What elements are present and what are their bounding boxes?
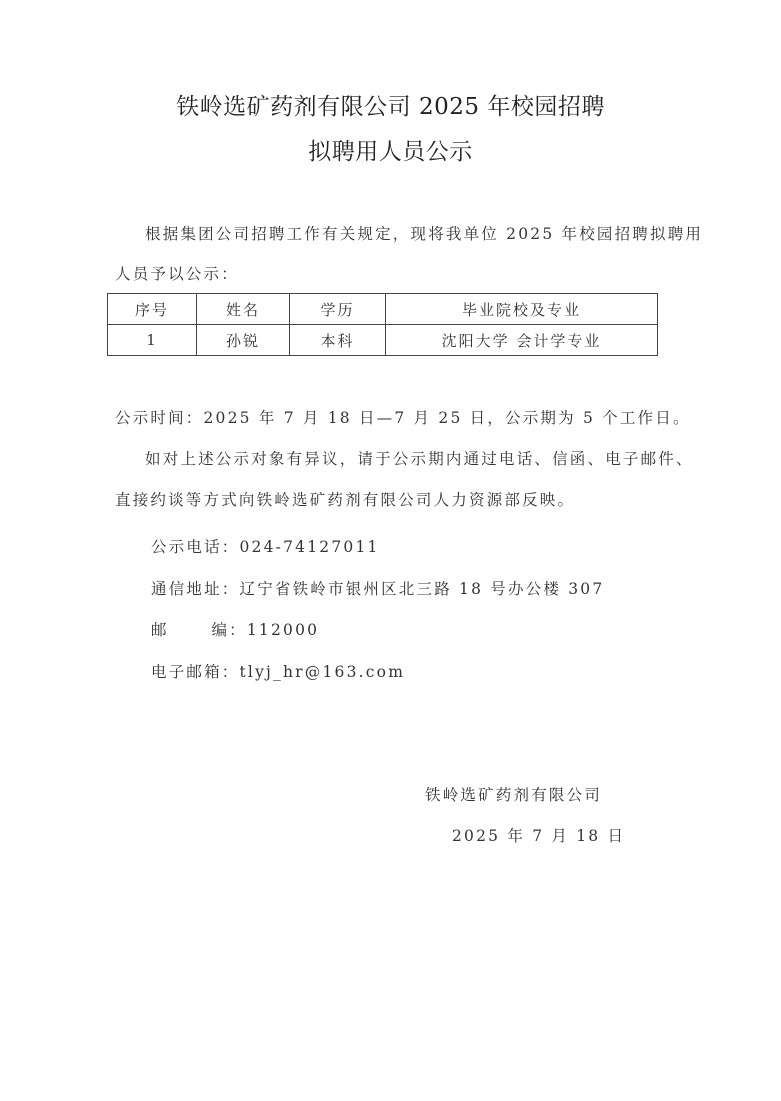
header-index: 序号 (108, 294, 197, 325)
signature-organization: 铁岭选矿药剂有限公司 (425, 783, 602, 805)
objection-line1: 如对上述公示对象有异议，请于公示期内通过电话、信函、电子邮件、 (145, 447, 694, 469)
contact-address: 通信地址：辽宁省铁岭市银州区北三路 18 号办公楼 307 (151, 577, 604, 599)
document-title-line2: 拟聘用人员公示 (0, 133, 781, 166)
cell-index: 1 (108, 325, 197, 356)
cell-name: 孙锐 (197, 325, 290, 356)
hire-roster-table: 序号 姓名 学历 毕业院校及专业 1 孙锐 本科 沈阳大学 会计学专业 (107, 293, 658, 356)
contact-phone: 公示电话：024-74127011 (151, 535, 380, 557)
table-row: 1 孙锐 本科 沈阳大学 会计学专业 (108, 325, 658, 356)
contact-email: 电子邮箱：tlyj_hr@163.com (151, 660, 405, 682)
document-title-line1: 铁岭选矿药剂有限公司 2025 年校园招聘 (0, 88, 781, 121)
header-school-major: 毕业院校及专业 (386, 294, 658, 325)
cell-education: 本科 (290, 325, 386, 356)
header-name: 姓名 (197, 294, 290, 325)
notice-period: 公示时间：2025 年 7 月 18 日—7 月 25 日，公示期为 5 个工作… (115, 406, 691, 428)
signature-date: 2025 年 7 月 18 日 (452, 824, 625, 846)
intro-paragraph-line1: 根据集团公司招聘工作有关规定，现将我单位 2025 年校园招聘拟聘用 (145, 222, 703, 244)
table-header-row: 序号 姓名 学历 毕业院校及专业 (108, 294, 658, 325)
contact-postcode: 邮 编：112000 (151, 618, 319, 640)
header-education: 学历 (290, 294, 386, 325)
cell-school-major: 沈阳大学 会计学专业 (386, 325, 658, 356)
intro-paragraph-line2: 人员予以公示： (115, 262, 239, 284)
objection-line2: 直接约谈等方式向铁岭选矿药剂有限公司人力资源部反映。 (115, 488, 575, 510)
